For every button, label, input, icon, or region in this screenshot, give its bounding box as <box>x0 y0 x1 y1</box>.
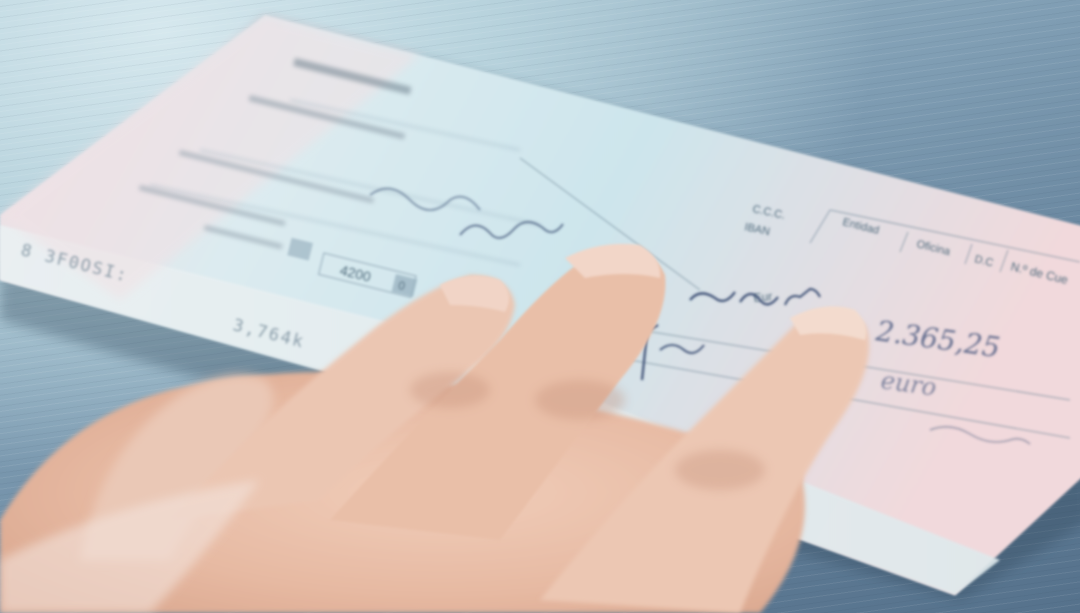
photo-scene: 4200 0 8 3F0OSI: 3,764k C.C.C. IBAN Enti… <box>0 0 1080 613</box>
cheque-and-hand: 4200 0 8 3F0OSI: 3,764k C.C.C. IBAN Enti… <box>0 0 1080 613</box>
